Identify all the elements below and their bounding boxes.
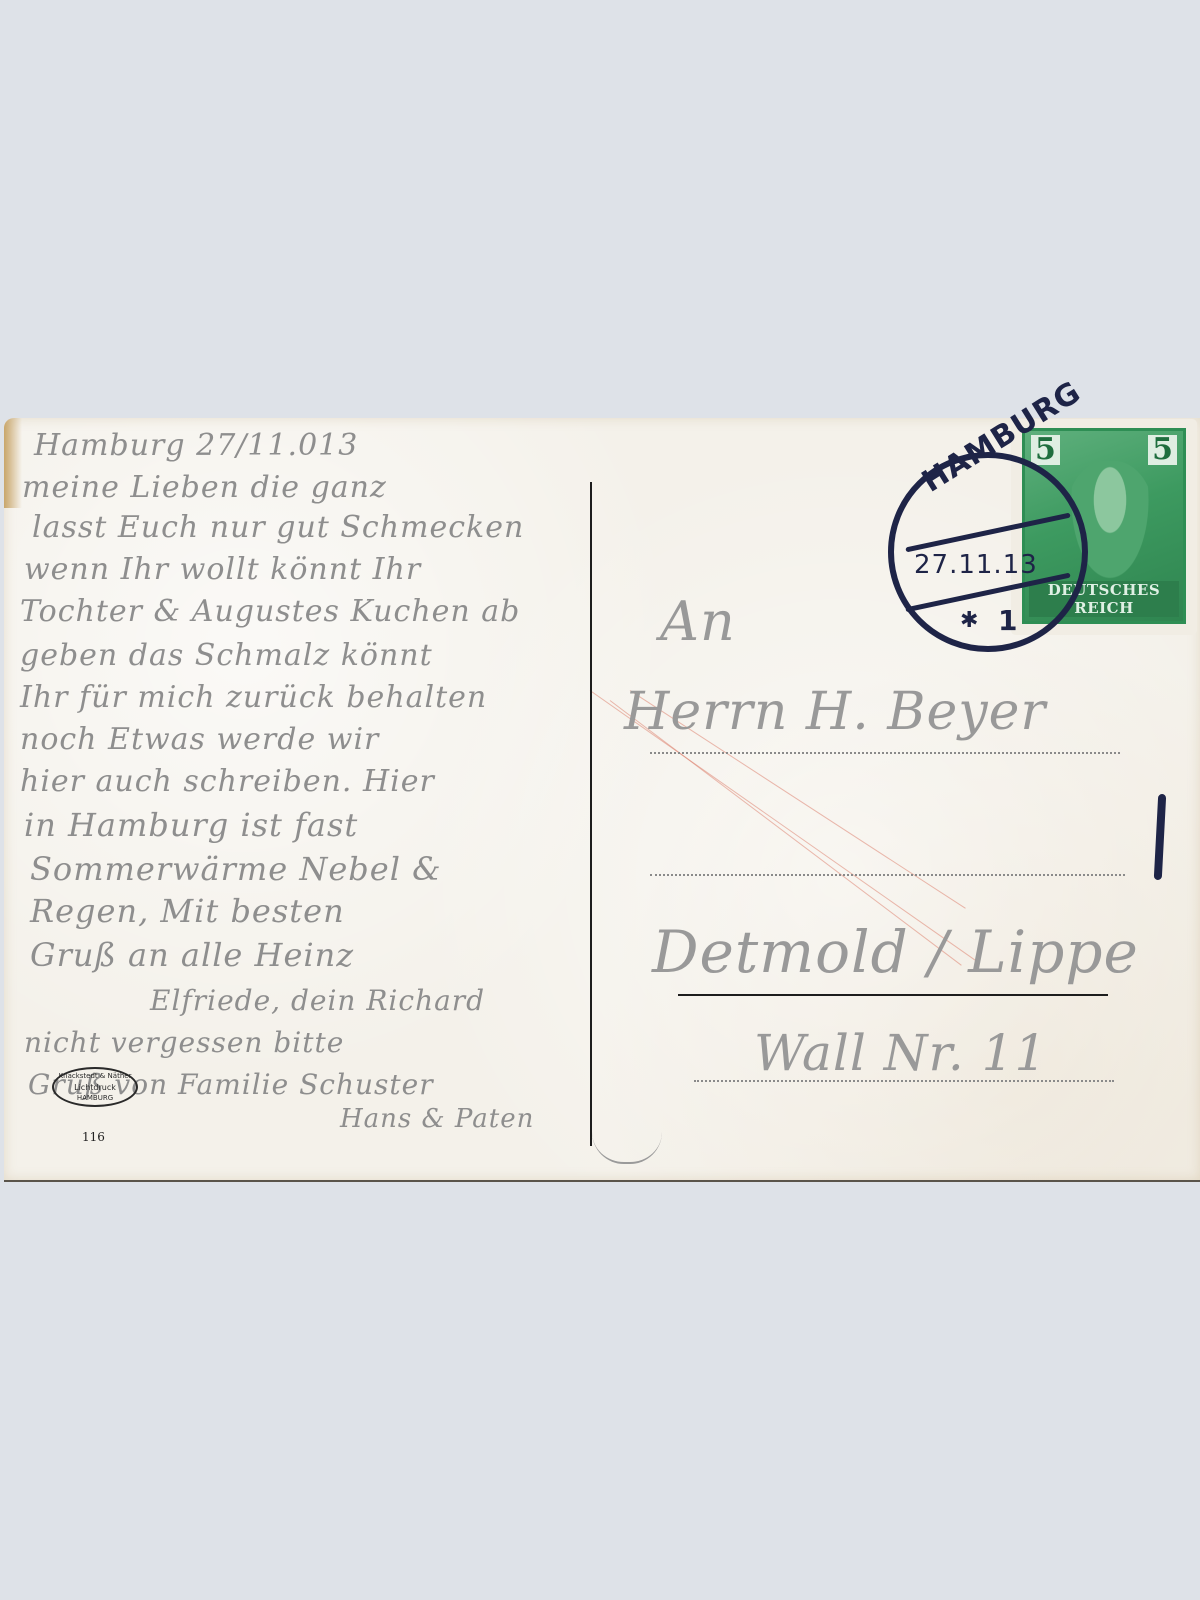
message-line: Tochter & Augustes Kuchen ab (20, 594, 520, 629)
message-line: Elfriede, dein Richard (150, 984, 485, 1017)
publisher-seal: Knackstedt & Näther Lichtdruck HAMBURG (52, 1067, 138, 1107)
message-line: hier auch schreiben. Hier (20, 764, 435, 799)
message-line: Sommerwärme Nebel & (30, 850, 442, 888)
message-line: geben das Schmalz könnt (20, 638, 433, 673)
message-line: lasst Euch nur gut Schmecken (32, 510, 524, 545)
postmark: HAMBURG 27.11.13 ✱ 1 (888, 452, 1088, 652)
message-line: Gruß an alle Heinz (30, 936, 354, 974)
postmark-office: 1 (998, 604, 1017, 637)
stamp-value-right: 5 (1148, 435, 1177, 465)
message-line: in Hamburg ist fast (24, 806, 358, 844)
message-line: Regen, Mit besten (30, 892, 345, 930)
corner-stain (4, 418, 22, 508)
address-line-3 (678, 994, 1108, 996)
message-line: meine Lieben die ganz (22, 470, 387, 505)
message-line: noch Etwas werde wir (20, 722, 379, 757)
message-line: Hans & Paten (340, 1104, 534, 1134)
address-line-1 (650, 752, 1120, 754)
publisher-city: HAMBURG (54, 1093, 136, 1104)
address-city: Detmold / Lippe (652, 918, 1139, 986)
message-line: wenn Ihr wollt könnt Ihr (24, 552, 421, 587)
publisher-process: Lichtdruck (54, 1082, 136, 1093)
stamp-value-left: 5 (1031, 435, 1060, 465)
divider-line (590, 482, 592, 1146)
card-number: 116 (82, 1130, 105, 1144)
address-recipient: Herrn H. Beyer (624, 682, 1046, 742)
address-line-2 (650, 874, 1125, 876)
address-street: Wall Nr. 11 (754, 1024, 1047, 1082)
message-line: nicht vergessen bitte (24, 1026, 344, 1059)
message-line: Hamburg 27/11.013 (34, 428, 358, 463)
postmark-date: 27.11.13 (914, 550, 1038, 580)
postmark-bar (905, 513, 1070, 553)
star-icon: ✱ (960, 608, 978, 633)
message-line: Ihr für mich zurück behalten (20, 680, 487, 715)
publisher-name: Knackstedt & Näther (54, 1071, 136, 1082)
address-to-label: An (660, 590, 736, 653)
